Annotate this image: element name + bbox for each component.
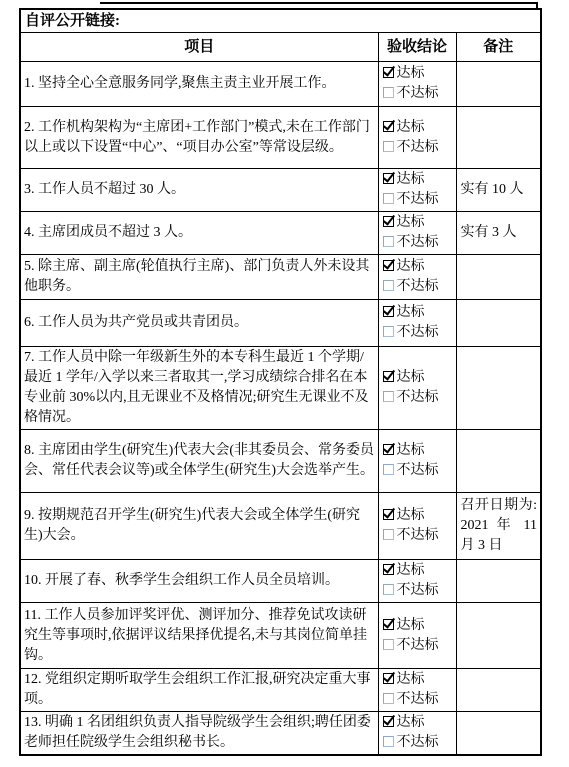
pass-label: 达标 [397, 120, 425, 135]
remark-cell: 实有 3 人 [456, 212, 541, 255]
remark-cell [456, 62, 541, 107]
checkbox-unchecked-icon[interactable] [383, 529, 394, 540]
item-text: 2. 工作机构架构为“主席团+工作部门”模式,未在工作部门以上或以下设置“中心”… [20, 107, 378, 169]
fail-option: 不达标 [383, 233, 453, 253]
table-title: 自评公开链接: [20, 9, 541, 33]
remark-cell [456, 300, 541, 347]
fail-option: 不达标 [383, 190, 453, 210]
remark-cell [456, 560, 541, 603]
table-row: 11. 工作人员参加评奖评优、测评加分、推荐免试攻读研究生等事项时,依据评议结果… [20, 603, 541, 669]
fail-option: 不达标 [383, 277, 453, 297]
item-text: 6. 工作人员为共产党员或共青团员。 [20, 300, 378, 347]
checkbox-unchecked-icon[interactable] [383, 141, 394, 152]
checkbox-unchecked-icon[interactable] [383, 639, 394, 650]
checkbox-unchecked-icon[interactable] [383, 391, 394, 402]
item-text: 8. 主席团由学生(研究生)代表大会(非其委员会、常务委员会、常任代表会议等)或… [20, 430, 378, 493]
fail-label: 不达标 [397, 279, 439, 294]
pass-label: 达标 [397, 66, 425, 81]
table-row: 1. 坚持全心全意服务同学,聚焦主责主业开展工作。 达标 不达标 [20, 62, 541, 107]
table-row: 9. 按期规范召开学生(研究生)代表大会或全体学生(研究生)大会。 达标 不达标… [20, 493, 541, 560]
checkbox-unchecked-icon[interactable] [383, 236, 394, 247]
fail-label: 不达标 [397, 192, 439, 207]
checkbox-checked-icon[interactable] [383, 216, 394, 227]
pass-option: 达标 [383, 441, 453, 461]
fail-option: 不达标 [383, 388, 453, 408]
checkbox-unchecked-icon[interactable] [383, 326, 394, 337]
item-text: 4. 主席团成员不超过 3 人。 [20, 212, 378, 255]
fail-label: 不达标 [397, 638, 439, 653]
header-item: 项目 [20, 33, 378, 62]
pass-label: 达标 [397, 443, 425, 458]
checkbox-unchecked-icon[interactable] [383, 280, 394, 291]
header-conclusion: 验收结论 [378, 33, 456, 62]
checkbox-checked-icon[interactable] [383, 444, 394, 455]
pass-label: 达标 [397, 508, 425, 523]
header-remark: 备注 [456, 33, 541, 62]
conclusion-cell: 达标 不达标 [378, 62, 456, 107]
fail-option: 不达标 [383, 138, 453, 158]
pass-option: 达标 [383, 118, 453, 138]
fail-label: 不达标 [397, 140, 439, 155]
conclusion-cell: 达标 不达标 [378, 107, 456, 169]
checkbox-checked-icon[interactable] [383, 673, 394, 684]
pass-option: 达标 [383, 213, 453, 233]
pass-label: 达标 [397, 172, 425, 187]
remark-cell: 实有 10 人 [456, 169, 541, 212]
table-row: 7. 工作人员中除一年级新生外的本专科生最近 1 个学期/最近 1 学年/入学以… [20, 347, 541, 430]
remark-cell [456, 430, 541, 493]
fail-option: 不达标 [383, 526, 453, 546]
remark-cell: 召开日期为:2021 年 11 月 3 日 [456, 493, 541, 560]
table-row: 5. 除主席、副主席(轮值执行主席)、部门负责人外未设其他职务。 达标 不达标 [20, 255, 541, 300]
conclusion-cell: 达标 不达标 [378, 493, 456, 560]
pass-option: 达标 [383, 670, 453, 690]
fail-option: 不达标 [383, 323, 453, 343]
fail-option: 不达标 [383, 636, 453, 656]
checkbox-unchecked-icon[interactable] [383, 464, 394, 475]
table-row: 12. 党组织定期听取学生会组织工作汇报,研究决定重大事项。 达标 不达标 [20, 669, 541, 712]
fail-option: 不达标 [383, 581, 453, 601]
table-row: 10. 开展了春、秋季学生会组织工作人员全员培训。 达标 不达标 [20, 560, 541, 603]
pass-option: 达标 [383, 257, 453, 277]
table-row: 8. 主席团由学生(研究生)代表大会(非其委员会、常务委员会、常任代表会议等)或… [20, 430, 541, 493]
item-text: 12. 党组织定期听取学生会组织工作汇报,研究决定重大事项。 [20, 669, 378, 712]
conclusion-cell: 达标 不达标 [378, 712, 456, 756]
pass-label: 达标 [397, 305, 425, 320]
checkbox-checked-icon[interactable] [383, 716, 394, 727]
checkbox-checked-icon[interactable] [383, 121, 394, 132]
table-row: 6. 工作人员为共产党员或共青团员。 达标 不达标 [20, 300, 541, 347]
remark-cell [456, 107, 541, 169]
checkbox-unchecked-icon[interactable] [383, 736, 394, 747]
remark-cell [456, 603, 541, 669]
page-top-underline [100, 2, 538, 4]
conclusion-cell: 达标 不达标 [378, 212, 456, 255]
conclusion-cell: 达标 不达标 [378, 347, 456, 430]
pass-option: 达标 [383, 368, 453, 388]
remark-cell [456, 669, 541, 712]
item-text: 1. 坚持全心全意服务同学,聚焦主责主业开展工作。 [20, 62, 378, 107]
item-text: 9. 按期规范召开学生(研究生)代表大会或全体学生(研究生)大会。 [20, 493, 378, 560]
item-text: 10. 开展了春、秋季学生会组织工作人员全员培训。 [20, 560, 378, 603]
checkbox-unchecked-icon[interactable] [383, 87, 394, 98]
checkbox-checked-icon[interactable] [383, 564, 394, 575]
table-row: 2. 工作机构架构为“主席团+工作部门”模式,未在工作部门以上或以下设置“中心”… [20, 107, 541, 169]
conclusion-cell: 达标 不达标 [378, 560, 456, 603]
pass-label: 达标 [397, 259, 425, 274]
item-text: 3. 工作人员不超过 30 人。 [20, 169, 378, 212]
pass-option: 达标 [383, 506, 453, 526]
remark-cell [456, 347, 541, 430]
conclusion-cell: 达标 不达标 [378, 255, 456, 300]
fail-label: 不达标 [397, 583, 439, 598]
conclusion-cell: 达标 不达标 [378, 169, 456, 212]
fail-label: 不达标 [397, 86, 439, 101]
checkbox-checked-icon[interactable] [383, 67, 394, 78]
pass-label: 达标 [397, 215, 425, 230]
pass-option: 达标 [383, 616, 453, 636]
pass-label: 达标 [397, 715, 425, 730]
item-text: 11. 工作人员参加评奖评优、测评加分、推荐免试攻读研究生等事项时,依据评议结果… [20, 603, 378, 669]
pass-label: 达标 [397, 563, 425, 578]
item-text: 7. 工作人员中除一年级新生外的本专科生最近 1 个学期/最近 1 学年/入学以… [20, 347, 378, 430]
fail-option: 不达标 [383, 84, 453, 104]
fail-label: 不达标 [397, 235, 439, 250]
evaluation-table: 自评公开链接: 项目 验收结论 备注 1. 坚持全心全意服务同学,聚焦主责主业开… [19, 8, 542, 756]
remark-cell [456, 712, 541, 756]
fail-label: 不达标 [397, 325, 439, 340]
fail-option: 不达标 [383, 461, 453, 481]
item-text: 13. 明确 1 名团组织负责人指导院级学生会组织;聘任团委老师担任院级学生会组… [20, 712, 378, 756]
table-row: 3. 工作人员不超过 30 人。 达标 不达标 实有 10 人 [20, 169, 541, 212]
fail-label: 不达标 [397, 735, 439, 750]
pass-label: 达标 [397, 370, 425, 385]
table-row: 4. 主席团成员不超过 3 人。 达标 不达标 实有 3 人 [20, 212, 541, 255]
fail-option: 不达标 [383, 733, 453, 753]
checkbox-unchecked-icon[interactable] [383, 693, 394, 704]
pass-option: 达标 [383, 303, 453, 323]
header-row: 项目 验收结论 备注 [20, 33, 541, 62]
checkbox-unchecked-icon[interactable] [383, 193, 394, 204]
conclusion-cell: 达标 不达标 [378, 300, 456, 347]
table-row: 13. 明确 1 名团组织负责人指导院级学生会组织;聘任团委老师担任院级学生会组… [20, 712, 541, 756]
checkbox-checked-icon[interactable] [383, 260, 394, 271]
checkbox-checked-icon[interactable] [383, 306, 394, 317]
fail-option: 不达标 [383, 690, 453, 710]
remark-cell [456, 255, 541, 300]
checkbox-unchecked-icon[interactable] [383, 584, 394, 595]
conclusion-cell: 达标 不达标 [378, 669, 456, 712]
pass-option: 达标 [383, 713, 453, 733]
pass-option: 达标 [383, 561, 453, 581]
fail-label: 不达标 [397, 463, 439, 478]
fail-label: 不达标 [397, 528, 439, 543]
checkbox-checked-icon[interactable] [383, 173, 394, 184]
conclusion-cell: 达标 不达标 [378, 430, 456, 493]
title-row: 自评公开链接: [20, 9, 541, 33]
conclusion-cell: 达标 不达标 [378, 603, 456, 669]
pass-label: 达标 [397, 672, 425, 687]
checkbox-checked-icon[interactable] [383, 371, 394, 382]
fail-label: 不达标 [397, 692, 439, 707]
checkbox-checked-icon[interactable] [383, 619, 394, 630]
checkbox-checked-icon[interactable] [383, 509, 394, 520]
item-text: 5. 除主席、副主席(轮值执行主席)、部门负责人外未设其他职务。 [20, 255, 378, 300]
pass-option: 达标 [383, 64, 453, 84]
pass-label: 达标 [397, 618, 425, 633]
fail-label: 不达标 [397, 390, 439, 405]
pass-option: 达标 [383, 170, 453, 190]
